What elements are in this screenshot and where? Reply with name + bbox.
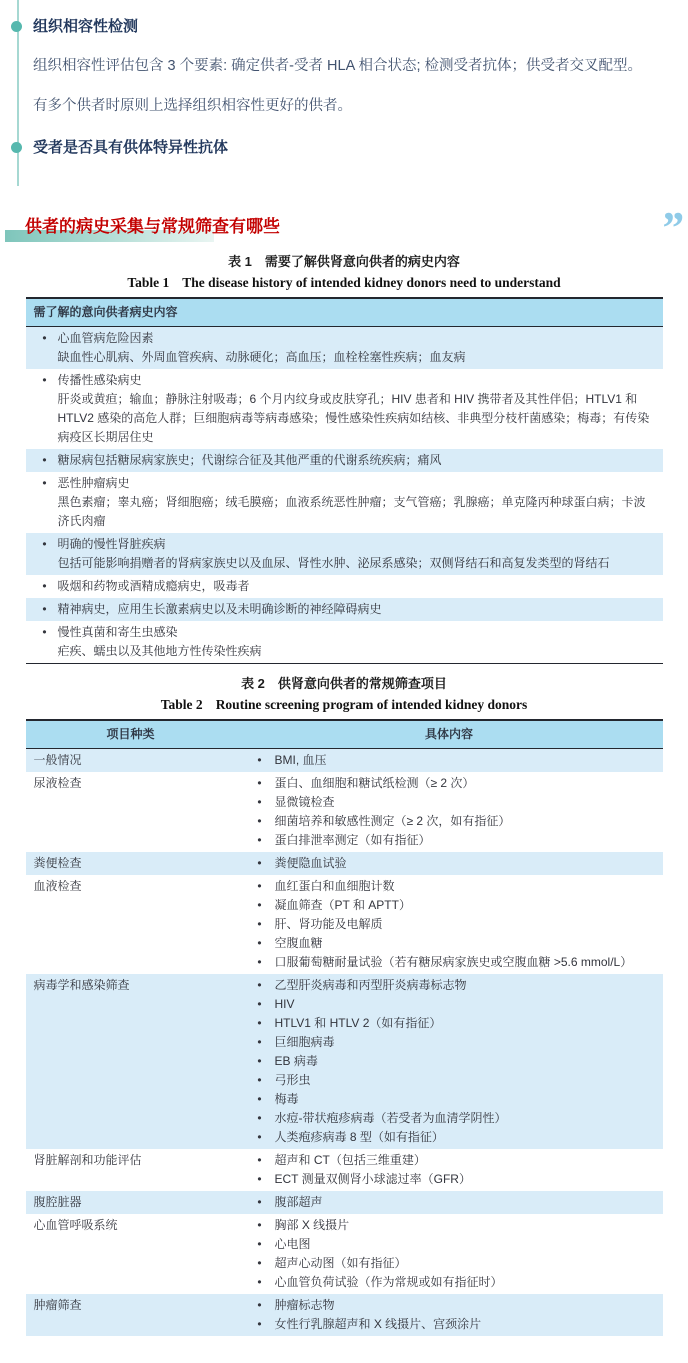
bullet-icon: • bbox=[38, 623, 52, 642]
column-header-content: 具体内容 bbox=[236, 725, 663, 744]
bullet-icon: • bbox=[254, 1033, 266, 1052]
screening-item: 人类疱疹病毒 8 型（如有指征） bbox=[275, 1128, 452, 1147]
bullet-icon: • bbox=[38, 577, 52, 596]
screening-item: 女性行乳腺超声和 X 线摄片、宫颈涂片 bbox=[275, 1315, 490, 1334]
screening-category: 肾脏解剖和功能评估 bbox=[26, 1151, 244, 1170]
screening-item: 细菌培养和敏感性测定（≥ 2 次，如有指征） bbox=[275, 812, 519, 831]
bullet-icon: • bbox=[38, 600, 52, 619]
table1-caption-en: Table 1The disease history of intended k… bbox=[0, 274, 688, 292]
teal-dot-icon bbox=[11, 21, 22, 32]
bullet-icon: • bbox=[254, 1296, 266, 1315]
screening-item: 心电图 bbox=[275, 1235, 319, 1254]
bullet-icon: • bbox=[254, 953, 266, 972]
table-row: 粪便检查 •粪便隐血试验 bbox=[26, 852, 663, 875]
bullet-icon: • bbox=[254, 1254, 266, 1273]
history-item-detail: 缺血性心肌病、外周血管疾病、动脉硬化；高血压；血栓栓塞性疾病；血友病 bbox=[26, 348, 663, 367]
screening-item: 超声和 CT（包括三维重建） bbox=[275, 1151, 434, 1170]
screening-item: 巨细胞病毒 bbox=[275, 1033, 343, 1052]
bullet-icon: • bbox=[254, 831, 266, 850]
table-row: •慢性真菌和寄生虫感染 疟疾、蠕虫以及其他地方性传染性疾病 bbox=[26, 621, 663, 663]
bullet-icon: • bbox=[254, 1071, 266, 1090]
table-header: 需了解的意向供者病史内容 bbox=[26, 299, 663, 327]
history-item-title: 慢性真菌和寄生虫感染 bbox=[58, 623, 190, 642]
table2-caption-en: Table 2Routine screening program of inte… bbox=[0, 696, 688, 714]
bullet-icon: • bbox=[254, 1315, 266, 1334]
table-header-row: 项目种类 具体内容 bbox=[26, 721, 663, 749]
screening-item: HTLV1 和 HTLV 2（如有指征） bbox=[275, 1014, 450, 1033]
table-row: •传播性感染病史 肝炎或黄疸；输血；静脉注射吸毒；6 个月内纹身或皮肤穿孔；HI… bbox=[26, 369, 663, 449]
screening-category: 尿液检查 bbox=[26, 774, 244, 793]
screening-item: EB 病毒 bbox=[275, 1052, 326, 1071]
bullet-icon: • bbox=[254, 1216, 266, 1235]
table-row: 心血管呼吸系统 •胸部 X 线摄片 •心电图 •超声心动图（如有指征） •心血管… bbox=[26, 1214, 663, 1294]
bullet-icon: • bbox=[254, 1170, 266, 1189]
table1-title-en: The disease history of intended kidney d… bbox=[182, 275, 560, 290]
screening-category: 血液检查 bbox=[26, 877, 244, 896]
history-item-title: 吸烟和药物或酒精成瘾病史，吸毒者 bbox=[58, 577, 262, 596]
table1-label-en: Table 1 bbox=[127, 275, 169, 290]
bullet-icon: • bbox=[254, 896, 266, 915]
screening-item: 超声心动图（如有指征） bbox=[275, 1254, 415, 1273]
note-paragraph: 有多个供者时原则上选择组织相容性更好的供者。 bbox=[33, 95, 662, 117]
bullet-icon: • bbox=[254, 1193, 266, 1212]
screening-item: 胸部 X 线摄片 bbox=[275, 1216, 358, 1235]
bullet-icon: • bbox=[254, 854, 266, 873]
screening-category: 病毒学和感染筛查 bbox=[26, 976, 244, 995]
table2-caption-cn: 表 2供肾意向供者的常规筛查项目 bbox=[0, 675, 688, 693]
table1-caption: 表 1需要了解供肾意向供者的病史内容 Table 1The disease hi… bbox=[0, 253, 688, 292]
bullet-icon: • bbox=[38, 451, 52, 470]
teal-dot-icon bbox=[11, 142, 22, 153]
history-item-title: 精神病史，应用生长激素病史以及未明确诊断的神经障碍病史 bbox=[58, 600, 394, 619]
screening-item: ECT 测量双侧肾小球滤过率（GFR） bbox=[275, 1170, 479, 1189]
bullet-icon: • bbox=[254, 1235, 266, 1254]
bullet-icon: • bbox=[38, 474, 52, 493]
section-heading: 供者的病史采集与常规筛查有哪些 ” bbox=[0, 217, 688, 242]
note-heading-text: 组织相容性检测 bbox=[33, 18, 138, 35]
table2-label-cn: 表 2 bbox=[241, 676, 265, 691]
history-item-detail: 疟疾、蠕虫以及其他地方性传染性疾病 bbox=[26, 642, 663, 661]
screening-item: 心血管负荷试验（作为常规或如有指征时） bbox=[275, 1273, 511, 1292]
history-item-title: 明确的慢性肾脏疾病 bbox=[58, 535, 178, 554]
history-item-title: 传播性感染病史 bbox=[58, 371, 154, 390]
note-heading-text: 受者是否具有供体特异性抗体 bbox=[33, 139, 228, 156]
screening-item: 空腹血糖 bbox=[275, 934, 331, 953]
note-heading-donor-specific-antibody: 受者是否具有供体特异性抗体 bbox=[33, 137, 664, 159]
note-paragraph: 组织相容性评估包含 3 个要素: 确定供者-受者 HLA 相合状态; 检测受者抗… bbox=[33, 55, 662, 77]
bullet-icon: • bbox=[254, 1128, 266, 1147]
table-row: •吸烟和药物或酒精成瘾病史，吸毒者 bbox=[26, 575, 663, 598]
screening-item: 乙型肝炎病毒和丙型肝炎病毒标志物 bbox=[275, 976, 475, 995]
table1-caption-cn: 表 1需要了解供肾意向供者的病史内容 bbox=[0, 253, 688, 271]
screening-item: 肿瘤标志物 bbox=[275, 1296, 343, 1315]
table2-caption: 表 2供肾意向供者的常规筛查项目 Table 2Routine screenin… bbox=[0, 675, 688, 714]
table-row: 血液检查 •血红蛋白和血细胞计数 •凝血筛查（PT 和 APTT） •肝、肾功能… bbox=[26, 875, 663, 974]
table-row: 肿瘤筛查 •肿瘤标志物 •女性行乳腺超声和 X 线摄片、宫颈涂片 bbox=[26, 1294, 663, 1336]
bullet-icon: • bbox=[254, 934, 266, 953]
bullet-icon: • bbox=[254, 1151, 266, 1170]
screening-table: 项目种类 具体内容 一般情况 •BMI, 血压 尿液检查 •蛋白、血细胞和糖试纸… bbox=[26, 719, 663, 1336]
table2-label-en: Table 2 bbox=[161, 697, 203, 712]
screening-category: 肿瘤筛查 bbox=[26, 1296, 244, 1315]
bullet-icon: • bbox=[254, 1090, 266, 1109]
bullet-icon: • bbox=[254, 1052, 266, 1071]
table1-label-cn: 表 1 bbox=[228, 254, 252, 269]
bullet-icon: • bbox=[254, 877, 266, 896]
table-row: 腹腔脏器 •腹部超声 bbox=[26, 1191, 663, 1214]
table2-title-en: Routine screening program of intended ki… bbox=[216, 697, 528, 712]
bullet-icon: • bbox=[254, 1014, 266, 1033]
column-header-category: 项目种类 bbox=[26, 725, 236, 744]
screening-item: 肝、肾功能及电解质 bbox=[275, 915, 391, 934]
bullet-icon: • bbox=[254, 915, 266, 934]
note-heading-histocompatibility: 组织相容性检测 bbox=[33, 16, 664, 38]
history-table: 需了解的意向供者病史内容 •心血管病危险因素 缺血性心肌病、外周血管疾病、动脉硬… bbox=[26, 297, 663, 664]
table-row: 一般情况 •BMI, 血压 bbox=[26, 749, 663, 772]
screening-category: 粪便检查 bbox=[26, 854, 244, 873]
bullet-icon: • bbox=[254, 812, 266, 831]
bullet-icon: • bbox=[254, 976, 266, 995]
screening-item: 粪便隐血试验 bbox=[275, 854, 355, 873]
table2-title-cn: 供肾意向供者的常规筛查项目 bbox=[278, 676, 447, 691]
bullet-icon: • bbox=[254, 793, 266, 812]
bullet-icon: • bbox=[38, 371, 52, 390]
bullet-icon: • bbox=[254, 995, 266, 1014]
bullet-icon: • bbox=[38, 535, 52, 554]
screening-item: 凝血筛查（PT 和 APTT） bbox=[275, 896, 419, 915]
screening-category: 一般情况 bbox=[26, 751, 244, 770]
table-row: •恶性肿瘤病史 黑色素瘤；睾丸癌；肾细胞癌；绒毛膜癌；血液系统恶性肿瘤；支气管癌… bbox=[26, 472, 663, 533]
history-item-detail: 肝炎或黄疸；输血；静脉注射吸毒；6 个月内纹身或皮肤穿孔；HIV 患者和 HIV… bbox=[26, 390, 663, 447]
history-item-title: 恶性肿瘤病史 bbox=[58, 474, 142, 493]
screening-category: 心血管呼吸系统 bbox=[26, 1216, 244, 1235]
screening-item: 水痘-带状疱疹病毒（若受者为血清学阴性） bbox=[275, 1109, 515, 1128]
screening-item: BMI, 血压 bbox=[275, 751, 335, 770]
table-row: 尿液检查 •蛋白、血细胞和糖试纸检测（≥ 2 次） •显微镜检查 •细菌培养和敏… bbox=[26, 772, 663, 852]
table-row: •精神病史，应用生长激素病史以及未明确诊断的神经障碍病史 bbox=[26, 598, 663, 621]
screening-item: 腹部超声 bbox=[275, 1193, 331, 1212]
screening-item: 血红蛋白和血细胞计数 bbox=[275, 877, 403, 896]
page: { "glyphs": { "bullet": "•", "quote": "”… bbox=[0, 0, 688, 1363]
bullet-icon: • bbox=[254, 1273, 266, 1292]
table-row: 肾脏解剖和功能评估 •超声和 CT（包括三维重建） •ECT 测量双侧肾小球滤过… bbox=[26, 1149, 663, 1191]
bullet-icon: • bbox=[254, 751, 266, 770]
history-item-title: 糖尿病包括糖尿病家族史；代谢综合征及其他严重的代谢系统疾病；痛风 bbox=[58, 451, 454, 470]
table-row: 病毒学和感染筛查 •乙型肝炎病毒和丙型肝炎病毒标志物 •HIV •HTLV1 和… bbox=[26, 974, 663, 1149]
section-title: 供者的病史采集与常规筛查有哪些 bbox=[25, 217, 688, 237]
screening-item: 蛋白排泄率测定（如有指征） bbox=[275, 831, 439, 850]
table1-title-cn: 需要了解供肾意向供者的病史内容 bbox=[265, 254, 460, 269]
screening-item: 口服葡萄糖耐量试验（若有糖尿病家族史或空腹血糖 >5.6 mmol/L） bbox=[275, 953, 641, 972]
screening-item: 弓形虫 bbox=[275, 1071, 319, 1090]
screening-item: 显微镜检查 bbox=[275, 793, 343, 812]
table-row: •明确的慢性肾脏疾病 包括可能影响捐赠者的肾病家族史以及血尿、肾性水肿、泌尿系感… bbox=[26, 533, 663, 575]
screening-item: HIV bbox=[275, 995, 303, 1014]
screening-category: 腹腔脏器 bbox=[26, 1193, 244, 1212]
bullet-icon: • bbox=[38, 329, 52, 348]
table-row: •糖尿病包括糖尿病家族史；代谢综合征及其他严重的代谢系统疾病；痛风 bbox=[26, 449, 663, 472]
history-item-detail: 黑色素瘤；睾丸癌；肾细胞癌；绒毛膜癌；血液系统恶性肿瘤；支气管癌；乳腺癌；单克隆… bbox=[26, 493, 663, 531]
table-row: •心血管病危险因素 缺血性心肌病、外周血管疾病、动脉硬化；高血压；血栓栓塞性疾病… bbox=[26, 327, 663, 369]
bullet-icon: • bbox=[254, 774, 266, 793]
screening-item: 梅毒 bbox=[275, 1090, 307, 1109]
bullet-icon: • bbox=[254, 1109, 266, 1128]
screening-item: 蛋白、血细胞和糖试纸检测（≥ 2 次） bbox=[275, 774, 483, 793]
notes-section: 组织相容性检测 组织相容性评估包含 3 个要素: 确定供者-受者 HLA 相合状… bbox=[0, 0, 688, 159]
history-item-detail: 包括可能影响捐赠者的肾病家族史以及血尿、肾性水肿、泌尿系感染；双侧肾结石和高复发… bbox=[26, 554, 663, 573]
history-item-title: 心血管病危险因素 bbox=[58, 329, 166, 348]
